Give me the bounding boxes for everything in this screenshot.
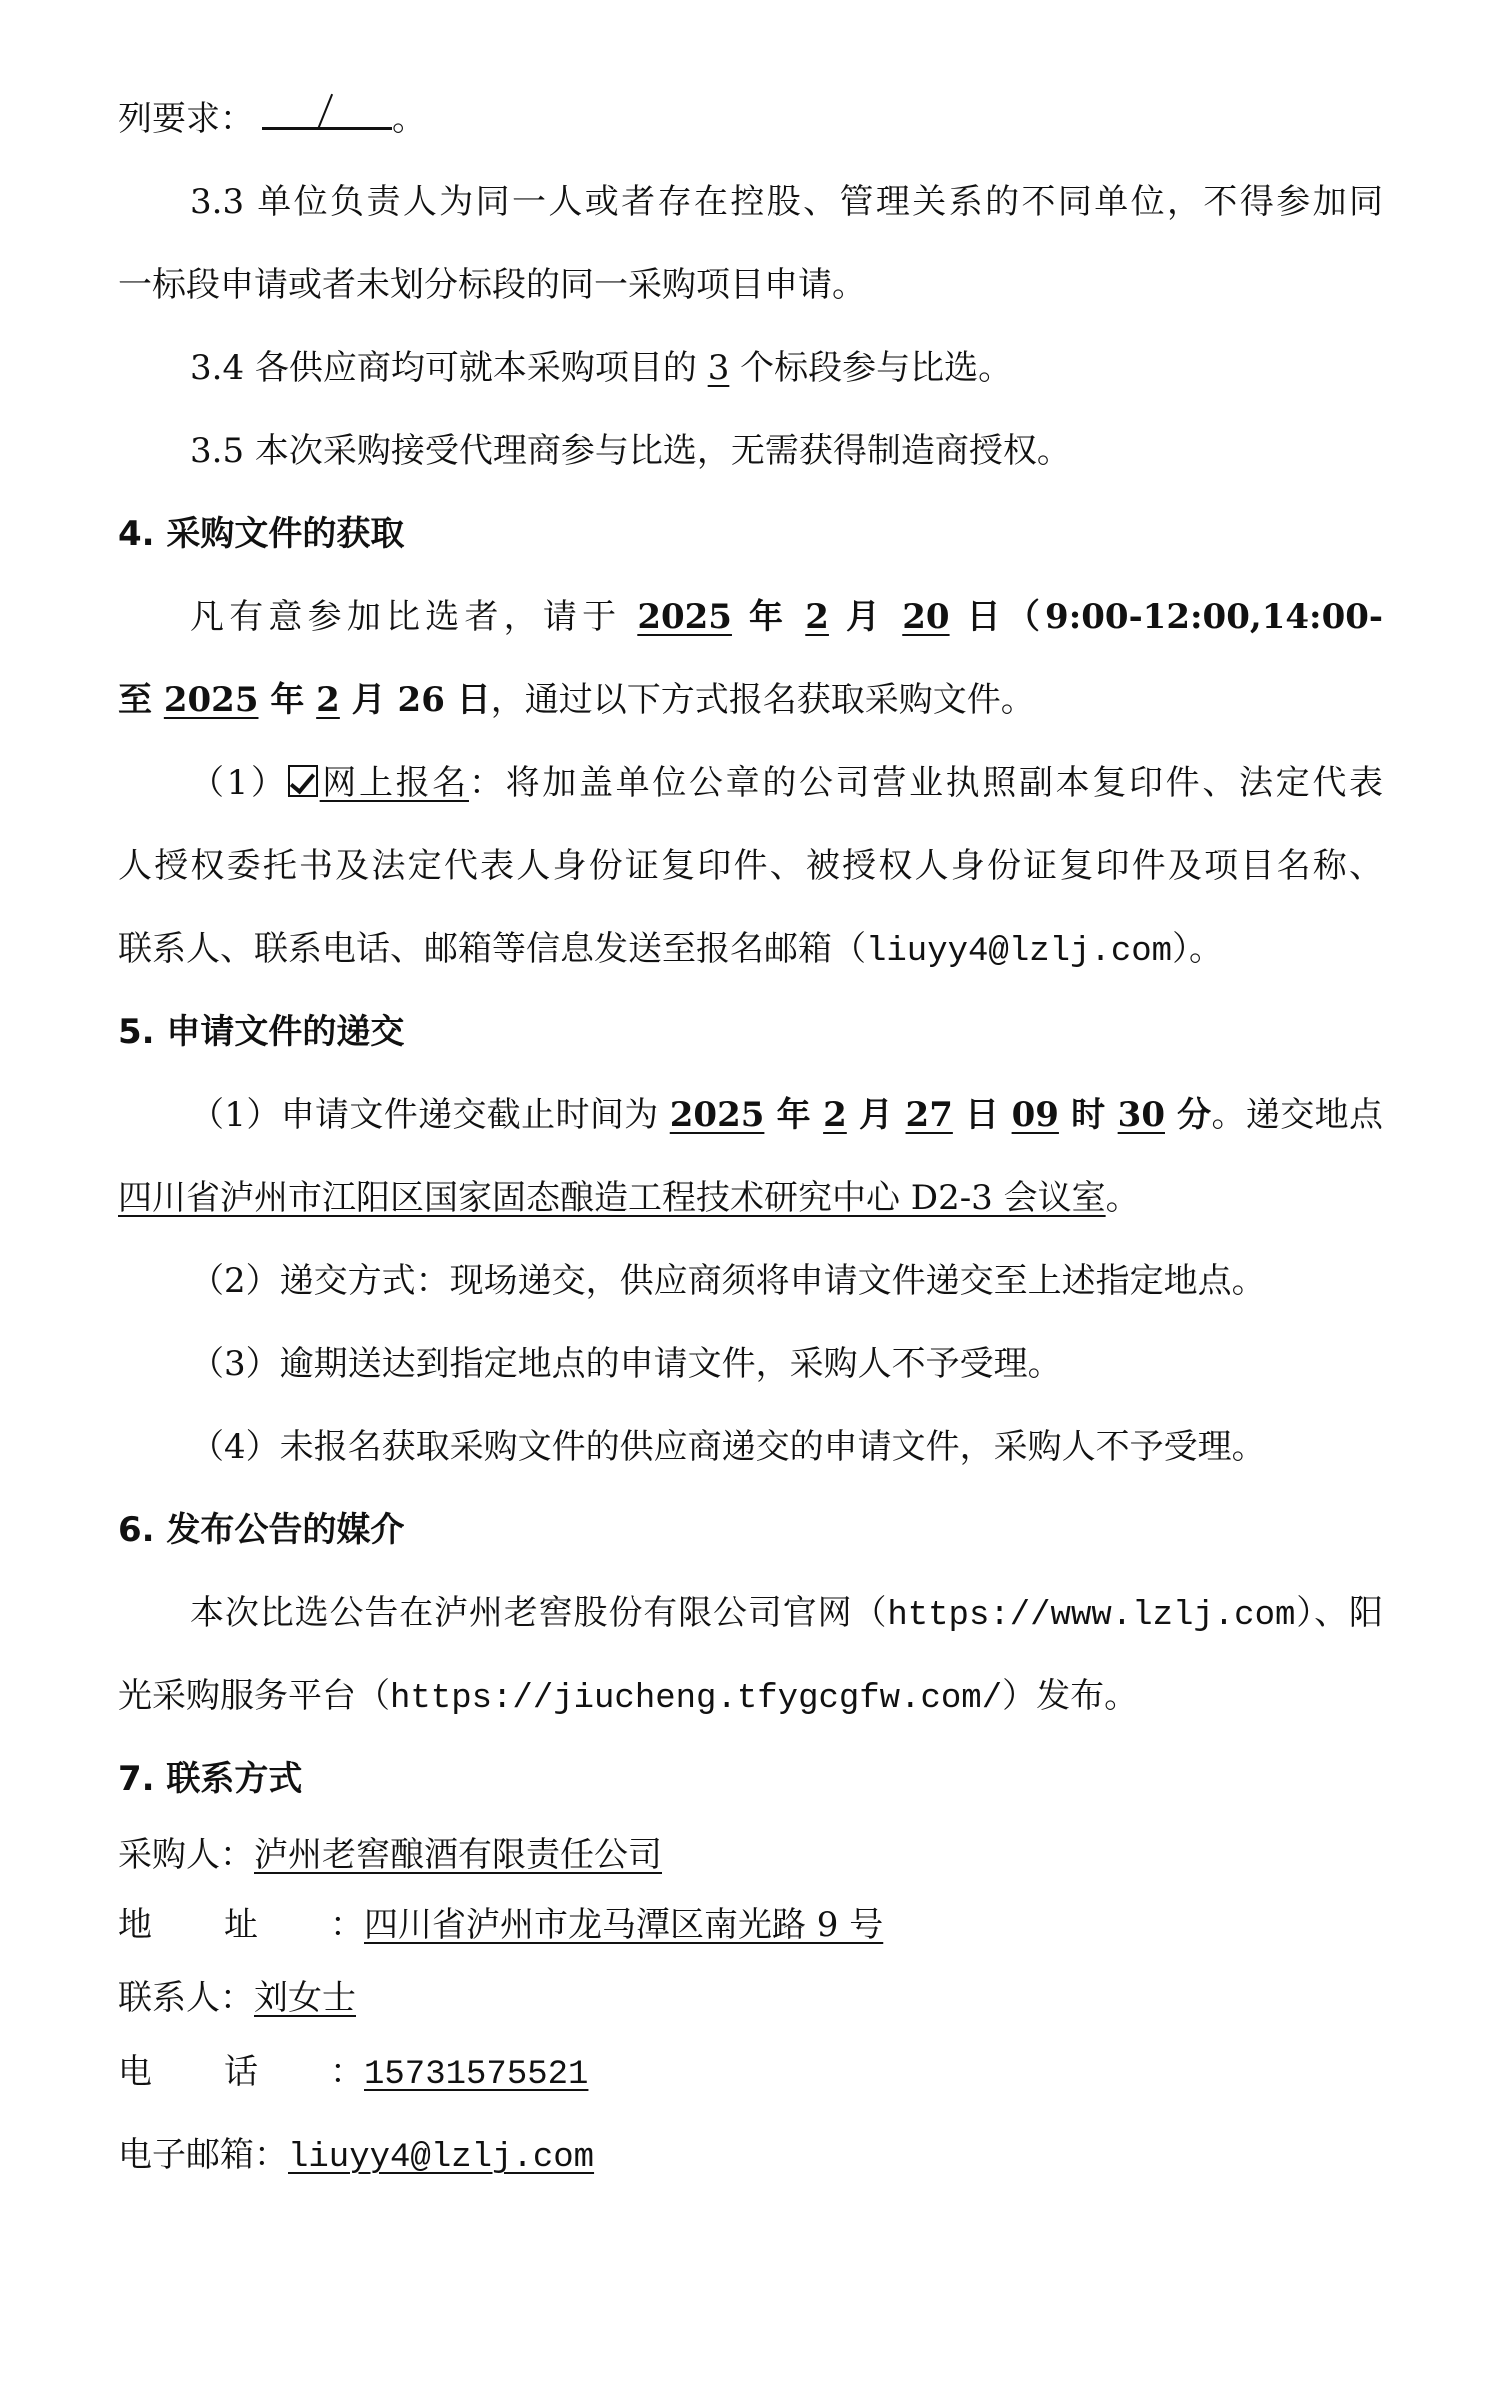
section-4-item1-line2: 人授权委托书及法定代表人身份证复印件、被授权人身份证复印件及项目名称、 [118, 844, 1383, 888]
section-4-item1-line3: 联系人、联系电话、邮箱等信息发送至报名邮箱（liuyy4@lzlj.com）。 [118, 927, 1383, 971]
slash-mark [317, 94, 333, 130]
registration-email: liuyy4@lzlj.com [866, 933, 1172, 971]
contact-email: 电子邮箱：liuyy4@lzlj.com [118, 2133, 1383, 2177]
deadline-minute: 30 [1118, 1095, 1165, 1135]
contact-label: 联系人： [118, 1978, 254, 2018]
start-day: 20 [902, 597, 949, 637]
clause-3-4-tail: 个标段参与比选。 [729, 348, 1012, 388]
contact-phone: 电话：15731575521 [118, 2050, 1383, 2094]
requirement-label: 列要求： [118, 99, 254, 139]
end-month: 2 [316, 680, 340, 720]
section-5-item4: （4）未报名获取采购文件的供应商递交的申请文件，采购人不予受理。 [118, 1425, 1383, 1469]
item-text: （1）申请文件递交截止时间为 [190, 1095, 670, 1135]
item-text: ：将加盖单位公章的公司营业执照副本复印件、法定代表 [469, 763, 1383, 803]
para-text-tail: ，通过以下方式报名获取采购文件。 [491, 680, 1035, 720]
purchaser-name: 泸州老窖酿酒有限责任公司 [254, 1835, 662, 1875]
official-website-url: https://www.lzlj.com [887, 1597, 1295, 1635]
section-7-heading: 7. 联系方式 [118, 1757, 1383, 1801]
section-5-heading: 5. 申请文件的递交 [118, 1010, 1383, 1054]
clause-3-3-line1: 3.3 单位负责人为同一人或者存在控股、管理关系的不同单位，不得参加同 [118, 180, 1383, 224]
start-year: 2025 [637, 597, 732, 637]
submission-location: 四川省泸州市江阳区国家固态酿造工程技术研究中心 D2-3 会议室 [118, 1178, 1106, 1218]
requirement-blank-field [262, 97, 392, 130]
month-unit: 月 [340, 680, 398, 720]
end-day: 26 [398, 680, 445, 720]
section-6-heading: 6. 发布公告的媒介 [118, 1508, 1383, 1552]
item-number: （1） [190, 763, 288, 803]
contact-person: 联系人：刘女士 [118, 1976, 1383, 2020]
online-registration-option: 网上报名 [288, 763, 469, 803]
month-unit: 月 [847, 1095, 906, 1135]
section-4-heading: 4. 采购文件的获取 [118, 512, 1383, 556]
deadline-month: 2 [823, 1095, 847, 1135]
checked-checkbox-icon [288, 765, 318, 797]
minute-unit: 分 [1165, 1095, 1212, 1135]
year-unit: 年 [258, 680, 316, 720]
deadline-day: 27 [906, 1095, 953, 1135]
item-text: 联系人、联系电话、邮箱等信息发送至报名邮箱（ [118, 929, 866, 969]
month-unit: 月 [829, 597, 902, 637]
end-year: 2025 [164, 680, 259, 720]
day-unit: 日 [950, 597, 1006, 637]
media-text-tail: ）发布。 [1002, 1676, 1138, 1716]
contact-label: 电子邮箱： [118, 2135, 288, 2175]
para-text: 凡有意参加比选者，请于 [190, 597, 637, 637]
email-value: liuyy4@lzlj.com [288, 2139, 594, 2177]
section-5-item1-line1: （1）申请文件递交截止时间为 2025 年 2 月 27 日 09 时 30 分… [118, 1093, 1383, 1137]
section-5-item2: （2）递交方式：现场递交，供应商须将申请文件递交至上述指定地点。 [118, 1259, 1383, 1303]
day-unit: 日 [953, 1095, 1012, 1135]
media-text: 光采购服务平台（ [118, 1676, 390, 1716]
para-text: 至 [118, 680, 164, 720]
deadline-hour: 09 [1012, 1095, 1059, 1135]
clause-3-5: 3.5 本次采购接受代理商参与比选，无需获得制造商授权。 [118, 429, 1383, 473]
year-unit: 年 [764, 1095, 823, 1135]
sec3-requirement-line: 列要求：。 [118, 97, 1383, 141]
item-text-tail: ）。 [1172, 929, 1223, 969]
section-4-para1-line2: 至 2025 年 2 月 26 日，通过以下方式报名获取采购文件。 [118, 678, 1383, 722]
clause-3-4: 3.4 各供应商均可就本采购项目的 3 个标段参与比选。 [118, 346, 1383, 390]
media-text-tail: ）、阳 [1295, 1593, 1383, 1633]
section-6-line2: 光采购服务平台（https://jiucheng.tfygcgfw.com/）发… [118, 1674, 1383, 1718]
location-end: 。 [1106, 1178, 1140, 1218]
section-6-line1: 本次比选公告在泸州老窖股份有限公司官网（https://www.lzlj.com… [118, 1591, 1383, 1635]
start-month: 2 [805, 597, 829, 637]
section-5-item3: （3）逾期送达到指定地点的申请文件，采购人不予受理。 [118, 1342, 1383, 1386]
phone-value: 15731575521 [364, 2056, 588, 2094]
platform-url: https://jiucheng.tfygcgfw.com/ [390, 1680, 1002, 1718]
contact-purchaser: 采购人：泸州老窖酿酒有限责任公司 [118, 1833, 1383, 1877]
contact-person-name: 刘女士 [254, 1978, 356, 2018]
clause-3-3-line2: 一标段申请或者未划分标段的同一采购项目申请。 [118, 263, 1383, 307]
contact-label: 采购人： [118, 1835, 254, 1875]
year-unit: 年 [732, 597, 805, 637]
section-4-para1-line1: 凡有意参加比选者，请于 2025 年 2 月 20 日（9:00-12:00,1… [118, 595, 1383, 639]
requirement-suffix: 。 [392, 99, 426, 139]
day-unit: 日 [445, 680, 491, 720]
registration-method: 网上报名 [320, 763, 469, 803]
section-5-item1-line2: 四川省泸州市江阳区国家固态酿造工程技术研究中心 D2-3 会议室。 [118, 1176, 1383, 1220]
media-text: 本次比选公告在泸州老窖股份有限公司官网（ [190, 1593, 887, 1633]
address-value: 四川省泸州市龙马潭区南光路 9 号 [364, 1905, 883, 1945]
clause-3-4-text: 3.4 各供应商均可就本采购项目的 [190, 348, 708, 388]
contact-address: 地址：四川省泸州市龙马潭区南光路 9 号 [118, 1903, 1383, 1947]
deadline-year: 2025 [670, 1095, 765, 1135]
lot-count: 3 [708, 348, 730, 388]
hour-unit: 时 [1059, 1095, 1118, 1135]
section-4-item1-line1: （1）网上报名：将加盖单位公章的公司营业执照副本复印件、法定代表 [118, 761, 1383, 805]
